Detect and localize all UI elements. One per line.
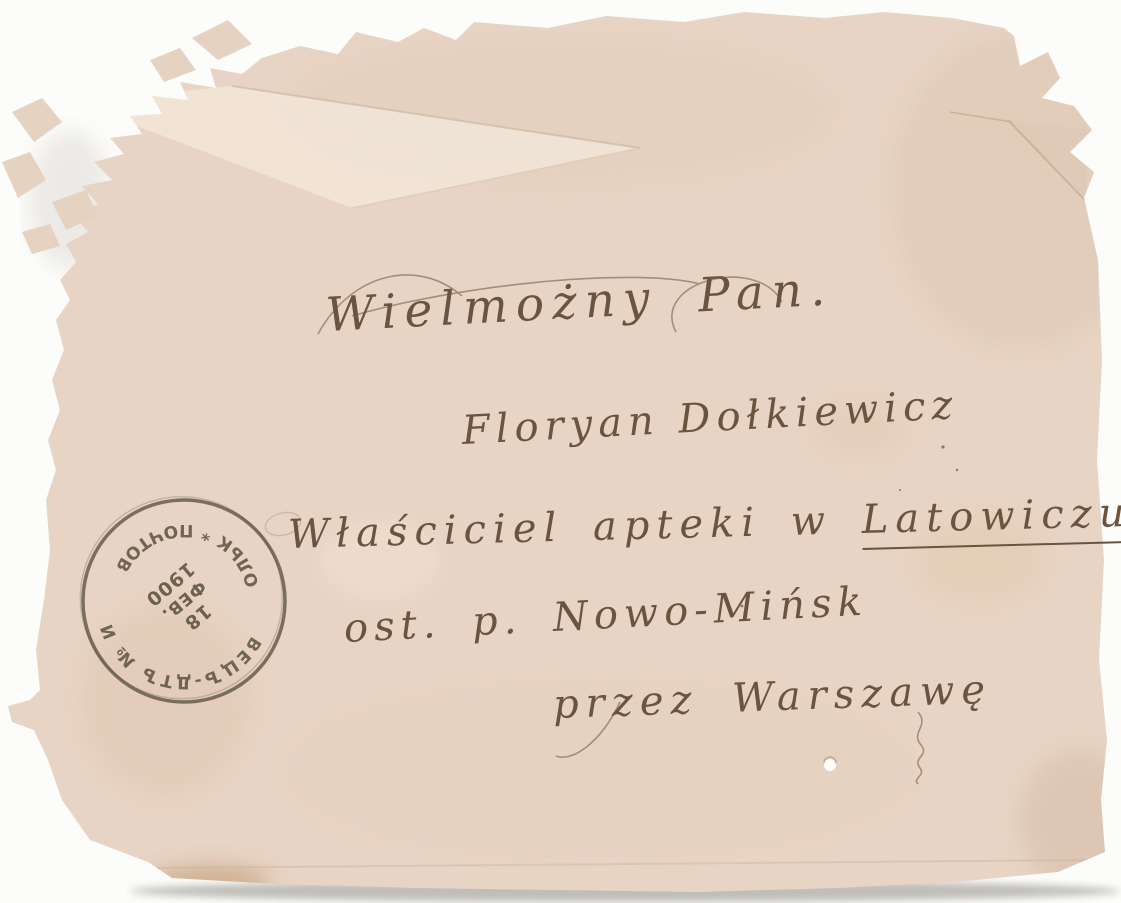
address-town-underlined: Latowiczu xyxy=(861,490,1121,550)
scanned-envelope: ОЛЬК * ПОЧТОВ ВЕЦЪ-ДТЪ № И 18 ФЕВ. 1900 xyxy=(0,0,1121,903)
punched-hole xyxy=(824,757,836,771)
envelope-artwork: ОЛЬК * ПОЧТОВ ВЕЦЪ-ДТЪ № И 18 ФЕВ. 1900 xyxy=(0,0,1121,903)
